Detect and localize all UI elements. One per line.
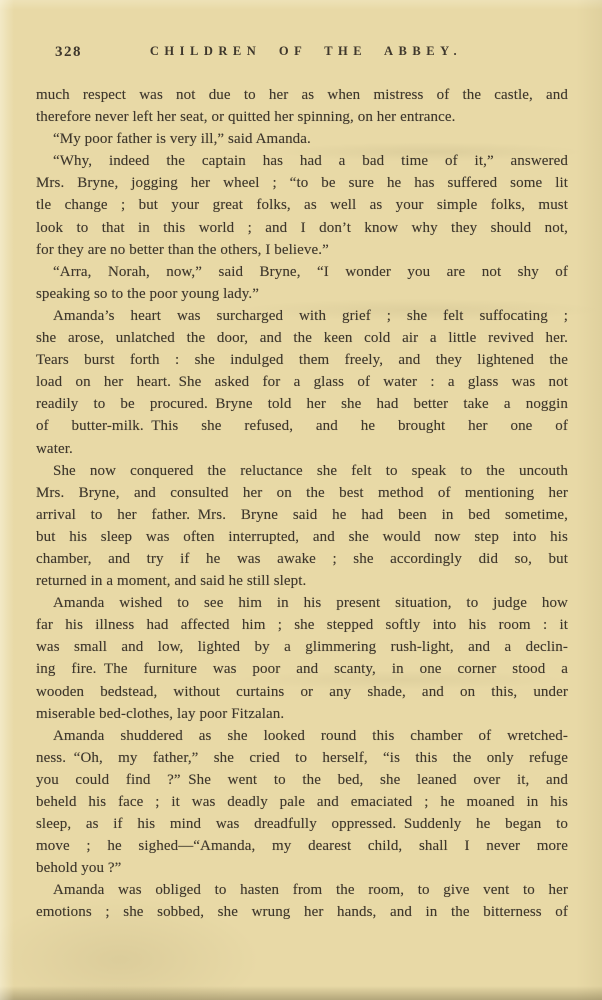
text-line: much respect was not due to her as when … bbox=[36, 84, 568, 106]
text-line: sleep, as if his mind was dreadfully opp… bbox=[36, 813, 568, 835]
text-line: for they are no better than the others, … bbox=[36, 239, 568, 261]
text-line: beheld his face ; it was deadly pale and… bbox=[36, 791, 568, 813]
text-line: but his sleep was often interrupted, and… bbox=[36, 526, 568, 548]
text-line: arrival to her father. Mrs. Bryne said h… bbox=[36, 504, 568, 526]
text-line: was small and low, lighted by a glimmeri… bbox=[36, 636, 568, 658]
paragraph: She now conquered the reluctance she fel… bbox=[36, 460, 568, 593]
text-line: ing fire. The furniture was poor and sca… bbox=[36, 658, 568, 680]
text-line: Tears burst forth : she indulged them fr… bbox=[36, 349, 568, 371]
text-line: tle change ; but your great folks, as we… bbox=[36, 194, 568, 216]
text-line: Mrs. Bryne, jogging her wheel ; “to be s… bbox=[36, 172, 568, 194]
paragraph: Amanda’s heart was surcharged with grief… bbox=[36, 305, 568, 460]
page-text: much respect was not due to her as when … bbox=[36, 84, 568, 924]
running-title: CHILDREN OF THE ABBEY. bbox=[0, 44, 602, 59]
paragraph: much respect was not due to her as when … bbox=[36, 84, 568, 128]
text-line: wooden bedstead, without curtains or any… bbox=[36, 681, 568, 703]
text-line: “Arra, Norah, now,” said Bryne, “I wonde… bbox=[36, 261, 568, 283]
text-line: Mrs. Bryne, and consulted her on the bes… bbox=[36, 482, 568, 504]
text-line: chamber, and try if he was awake ; she a… bbox=[36, 548, 568, 570]
text-line: behold you ?” bbox=[36, 857, 568, 879]
text-line: load on her heart. She asked for a glass… bbox=[36, 371, 568, 393]
text-line: you could find ?” She went to the bed, s… bbox=[36, 769, 568, 791]
page-number: 328 bbox=[55, 44, 82, 61]
paragraph: Amanda shuddered as she looked round thi… bbox=[36, 725, 568, 880]
text-line: Amanda was obliged to hasten from the ro… bbox=[36, 879, 568, 901]
text-line: Amanda wished to see him in his present … bbox=[36, 592, 568, 614]
text-line: therefore never left her seat, or quitte… bbox=[36, 106, 568, 128]
paragraph: Amanda was obliged to hasten from the ro… bbox=[36, 879, 568, 923]
text-line: readily to be procured. Bryne told her s… bbox=[36, 393, 568, 415]
text-line: “Why, indeed the captain has had a bad t… bbox=[36, 150, 568, 172]
paragraph: Amanda wished to see him in his present … bbox=[36, 592, 568, 725]
book-page: 328 CHILDREN OF THE ABBEY. much respect … bbox=[0, 0, 602, 1000]
paragraph: “Arra, Norah, now,” said Bryne, “I wonde… bbox=[36, 261, 568, 305]
text-line: miserable bed-clothes, lay poor Fitzalan… bbox=[36, 703, 568, 725]
text-line: move ; he sighed—“Amanda, my dearest chi… bbox=[36, 835, 568, 857]
text-line: of butter-milk. This she refused, and he… bbox=[36, 415, 568, 437]
text-line: Amanda’s heart was surcharged with grief… bbox=[36, 305, 568, 327]
text-line: she arose, unlatched the door, and the k… bbox=[36, 327, 568, 349]
paragraph: “My poor father is very ill,” said Amand… bbox=[36, 128, 568, 150]
text-line: “My poor father is very ill,” said Amand… bbox=[36, 128, 568, 150]
text-line: water. bbox=[36, 438, 568, 460]
text-line: returned in a moment, and said he still … bbox=[36, 570, 568, 592]
text-line: speaking so to the poor young lady.” bbox=[36, 283, 568, 305]
text-line: emotions ; she sobbed, she wrung her han… bbox=[36, 901, 568, 923]
text-line: look to that in this world ; and I don’t… bbox=[36, 217, 568, 239]
text-line: She now conquered the reluctance she fel… bbox=[36, 460, 568, 482]
text-line: ness. “Oh, my father,” she cried to hers… bbox=[36, 747, 568, 769]
text-line: far his illness had affected him ; she s… bbox=[36, 614, 568, 636]
page-header: 328 CHILDREN OF THE ABBEY. bbox=[0, 44, 602, 62]
text-line: Amanda shuddered as she looked round thi… bbox=[36, 725, 568, 747]
paragraph: “Why, indeed the captain has had a bad t… bbox=[36, 150, 568, 260]
